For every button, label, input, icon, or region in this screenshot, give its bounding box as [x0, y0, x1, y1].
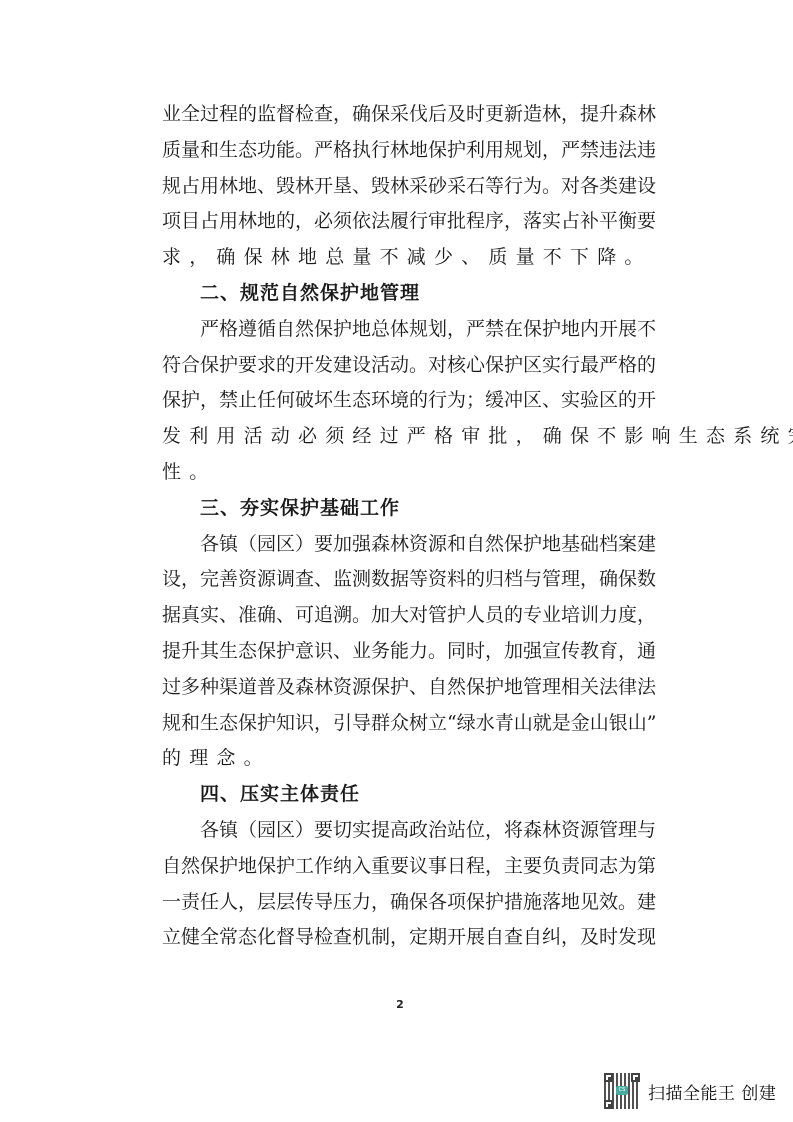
text-line: 性。: [162, 455, 656, 491]
text-line: 各镇（园区）要切实提高政治站位，将森林资源管理与: [162, 813, 656, 849]
qr-finder-icon: [631, 1073, 640, 1082]
text-line: 符合保护要求的开发建设活动。对核心保护区实行最严格的: [162, 348, 656, 384]
qr-finder-icon: [604, 1100, 613, 1109]
scanner-watermark: CS 扫描全能王 创建: [604, 1073, 776, 1109]
qr-code-icon: CS: [604, 1073, 640, 1109]
text-line: 设，完善资源调查、监测数据等资料的归档与管理，确保数: [162, 562, 656, 598]
text-line: 一责任人，层层传导压力，确保各项保护措施落地见效。建: [162, 885, 656, 921]
text-line: 求，确保林地总量不减少、质量不下降。: [162, 240, 656, 276]
page-number: 2: [390, 998, 410, 1011]
text-line: 保护，禁止任何破坏生态环境的行为；缓冲区、实验区的开: [162, 383, 656, 419]
text-line: 业全过程的监督检查，确保采伐后及时更新造林，提升森林: [162, 97, 656, 133]
watermark-text: 扫描全能王 创建: [648, 1079, 776, 1104]
document-body: 业全过程的监督检查，确保采伐后及时更新造林，提升森林 质量和生态功能。严格执行林…: [162, 97, 656, 956]
text-line: 立健全常态化督导检查机制，定期开展自查自纠，及时发现: [162, 920, 656, 956]
text-line: 规占用林地、毁林开垦、毁林采砂采石等行为。对各类建设: [162, 169, 656, 205]
text-line: 过多种渠道普及森林资源保护、自然保护地管理相关法律法: [162, 670, 656, 706]
text-line: 的理念。: [162, 741, 656, 777]
text-line: 规和生态保护知识，引导群众树立“绿水青山就是金山银山”: [162, 706, 656, 742]
text-line: 提升其生态保护意识、业务能力。同时，加强宣传教育，通: [162, 634, 656, 670]
section-heading-2: 二、规范自然保护地管理: [162, 276, 656, 312]
text-line: 各镇（园区）要加强森林资源和自然保护地基础档案建: [162, 527, 656, 563]
section-heading-4: 四、压实主体责任: [162, 777, 656, 813]
text-line: 严格遵循自然保护地总体规划，严禁在保护地内开展不: [162, 312, 656, 348]
text-line: 据真实、准确、可追溯。加大对管护人员的专业培训力度，: [162, 598, 656, 634]
text-line: 质量和生态功能。严格执行林地保护利用规划，严禁违法违: [162, 133, 656, 169]
text-line: 自然保护地保护工作纳入重要议事日程，主要负责同志为第: [162, 849, 656, 885]
text-line: 发利用活动必须经过严格审批，确保不影响生态系统完整: [162, 419, 656, 455]
section-heading-3: 三、夯实保护基础工作: [162, 491, 656, 527]
qr-finder-icon: [604, 1073, 613, 1082]
text-line: 项目占用林地的，必须依法履行审批程序，落实占补平衡要: [162, 204, 656, 240]
camscanner-logo-icon: CS: [616, 1086, 628, 1095]
